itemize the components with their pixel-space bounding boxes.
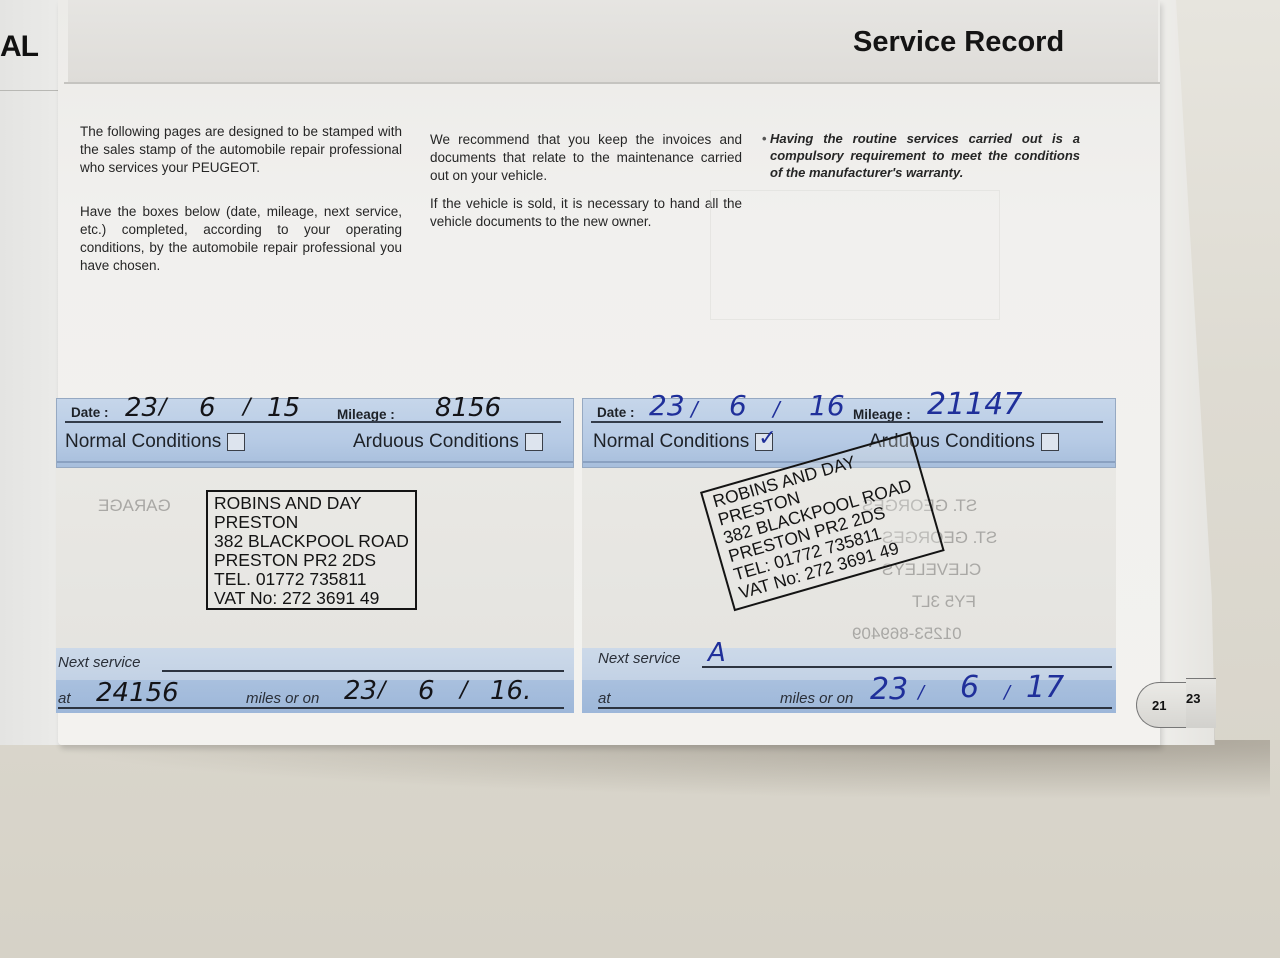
miles-or-on-label: miles or on: [246, 690, 319, 707]
date-day[interactable]: 23: [125, 393, 158, 423]
normal-conditions-checkbox[interactable]: ✓: [755, 433, 773, 451]
date-label: Date :: [71, 405, 109, 420]
divider: [702, 666, 1112, 668]
divider: [65, 421, 561, 423]
divider: [57, 461, 573, 463]
next-service: Next service at 24156 miles or on 23 / 6…: [56, 648, 574, 713]
page-number-next: 23: [1186, 691, 1200, 706]
mileage-value[interactable]: 21147: [927, 387, 1022, 422]
next-on-year[interactable]: 16.: [490, 676, 531, 706]
normal-conditions: Normal Conditions ✓: [593, 431, 773, 453]
at-label: at: [58, 690, 71, 707]
date-month[interactable]: 6: [729, 389, 747, 422]
date-sep-icon: /: [691, 397, 698, 421]
normal-conditions: Normal Conditions: [65, 431, 245, 453]
stamp-line: 382 BLACKPOOL ROAD: [214, 532, 409, 551]
next-on-month[interactable]: 6: [960, 670, 979, 705]
stamp-line: TEL. 01772 735811: [214, 570, 409, 589]
mileage-label: Mileage :: [337, 407, 395, 422]
service-record-entry: Date : 23 / 6 / 16 Mileage : 21147 Norma…: [582, 398, 1116, 713]
arduous-conditions-checkbox[interactable]: [525, 433, 543, 451]
next-service-due-row: at miles or on 23 / 6 / 17: [582, 680, 1116, 713]
page-tab-current[interactable]: 21: [1136, 682, 1186, 728]
show-through-text: FY5 3LT: [912, 592, 976, 612]
next-service-label: Next service: [58, 654, 141, 671]
intro-paragraph: We recommend that you keep the invoices …: [430, 131, 742, 185]
date-month[interactable]: 6: [199, 393, 216, 423]
page-tab-next[interactable]: 23: [1186, 678, 1216, 728]
date-label: Date :: [597, 405, 635, 420]
service-record-page: Service Record The following pages are d…: [58, 0, 1160, 745]
divider: [64, 82, 1160, 84]
arduous-conditions-checkbox[interactable]: [1041, 433, 1059, 451]
stamp-line: ROBINS AND DAY: [214, 494, 409, 513]
divider: [598, 707, 1112, 709]
next-on-month[interactable]: 6: [418, 676, 435, 706]
date-day[interactable]: 23: [649, 389, 685, 422]
date-year[interactable]: 16: [809, 389, 845, 422]
date-year[interactable]: 15: [267, 393, 300, 423]
previous-page-title-fragment: AL: [0, 30, 38, 64]
mileage-value[interactable]: 8156: [435, 393, 501, 423]
intro-paragraph: If the vehicle is sold, it is necessary …: [430, 195, 742, 231]
date-sep-icon: /: [773, 397, 780, 421]
checkmark-icon: ✓: [758, 426, 776, 451]
next-on-year[interactable]: 17: [1026, 670, 1064, 705]
show-through-text: 01253-869409: [852, 624, 962, 644]
show-through-stamp: [710, 190, 1000, 320]
next-service-label: Next service: [598, 650, 681, 667]
stamp-area: GARAGE ROBINS AND DAY PRESTON 382 BLACKP…: [56, 468, 574, 648]
arduous-conditions-label: Arduous Conditions: [353, 431, 519, 453]
book-shadow: [30, 740, 1270, 800]
normal-conditions-label: Normal Conditions: [65, 431, 221, 453]
bullet-icon: •: [762, 130, 767, 147]
next-on-day[interactable]: 23: [344, 676, 377, 706]
intro-column-1: The following pages are designed to be s…: [80, 123, 402, 301]
warranty-note: • Having the routine services carried ou…: [770, 130, 1080, 181]
arduous-conditions: Arduous Conditions: [353, 431, 543, 453]
next-at-miles[interactable]: 24156: [96, 678, 179, 708]
divider: [591, 421, 1103, 423]
intro-paragraph: Have the boxes below (date, mileage, nex…: [80, 203, 402, 275]
dealer-stamp: ROBINS AND DAY PRESTON 382 BLACKPOOL ROA…: [206, 490, 417, 610]
divider: [58, 707, 564, 709]
at-label: at: [598, 690, 611, 707]
stamp-area: ST. GEORGES ST. GEORGES CLEVELEYS FY5 3L…: [582, 468, 1116, 648]
miles-or-on-label: miles or on: [780, 690, 853, 707]
date-sep-icon: /: [1004, 682, 1010, 703]
divider: [162, 670, 564, 672]
service-record-entry: Date : 23 / 6 / 15 Mileage : 8156 Normal…: [56, 398, 574, 713]
intro-column-2: We recommend that you keep the invoices …: [430, 131, 742, 241]
date-sep-icon: /: [378, 678, 385, 703]
record-header: Date : 23 / 6 / 15 Mileage : 8156 Normal…: [56, 398, 574, 468]
show-through-text: GARAGE: [98, 496, 171, 516]
next-on-day[interactable]: 23: [870, 672, 908, 707]
mileage-label: Mileage :: [853, 407, 911, 422]
date-sep-icon: /: [159, 395, 166, 420]
stamp-line: PRESTON PR2 2DS: [214, 551, 409, 570]
date-sep-icon: /: [918, 682, 924, 703]
next-service-value[interactable]: A: [708, 638, 726, 668]
next-service: Next service A at miles or on 23 / 6 / 1…: [582, 648, 1116, 713]
date-sep-icon: /: [243, 395, 250, 420]
stamp-line: VAT No: 272 3691 49: [214, 589, 409, 608]
normal-conditions-checkbox[interactable]: [227, 433, 245, 451]
intro-paragraph: The following pages are designed to be s…: [80, 123, 402, 177]
page-number-current: 21: [1152, 698, 1166, 713]
stamp-line: PRESTON: [214, 513, 409, 532]
warranty-text: Having the routine services carried out …: [770, 131, 1080, 180]
page-title: Service Record: [853, 26, 1064, 59]
next-service-due-row: at 24156 miles or on 23 / 6 / 16.: [56, 680, 574, 713]
normal-conditions-label: Normal Conditions: [593, 431, 749, 453]
date-sep-icon: /: [460, 678, 467, 703]
